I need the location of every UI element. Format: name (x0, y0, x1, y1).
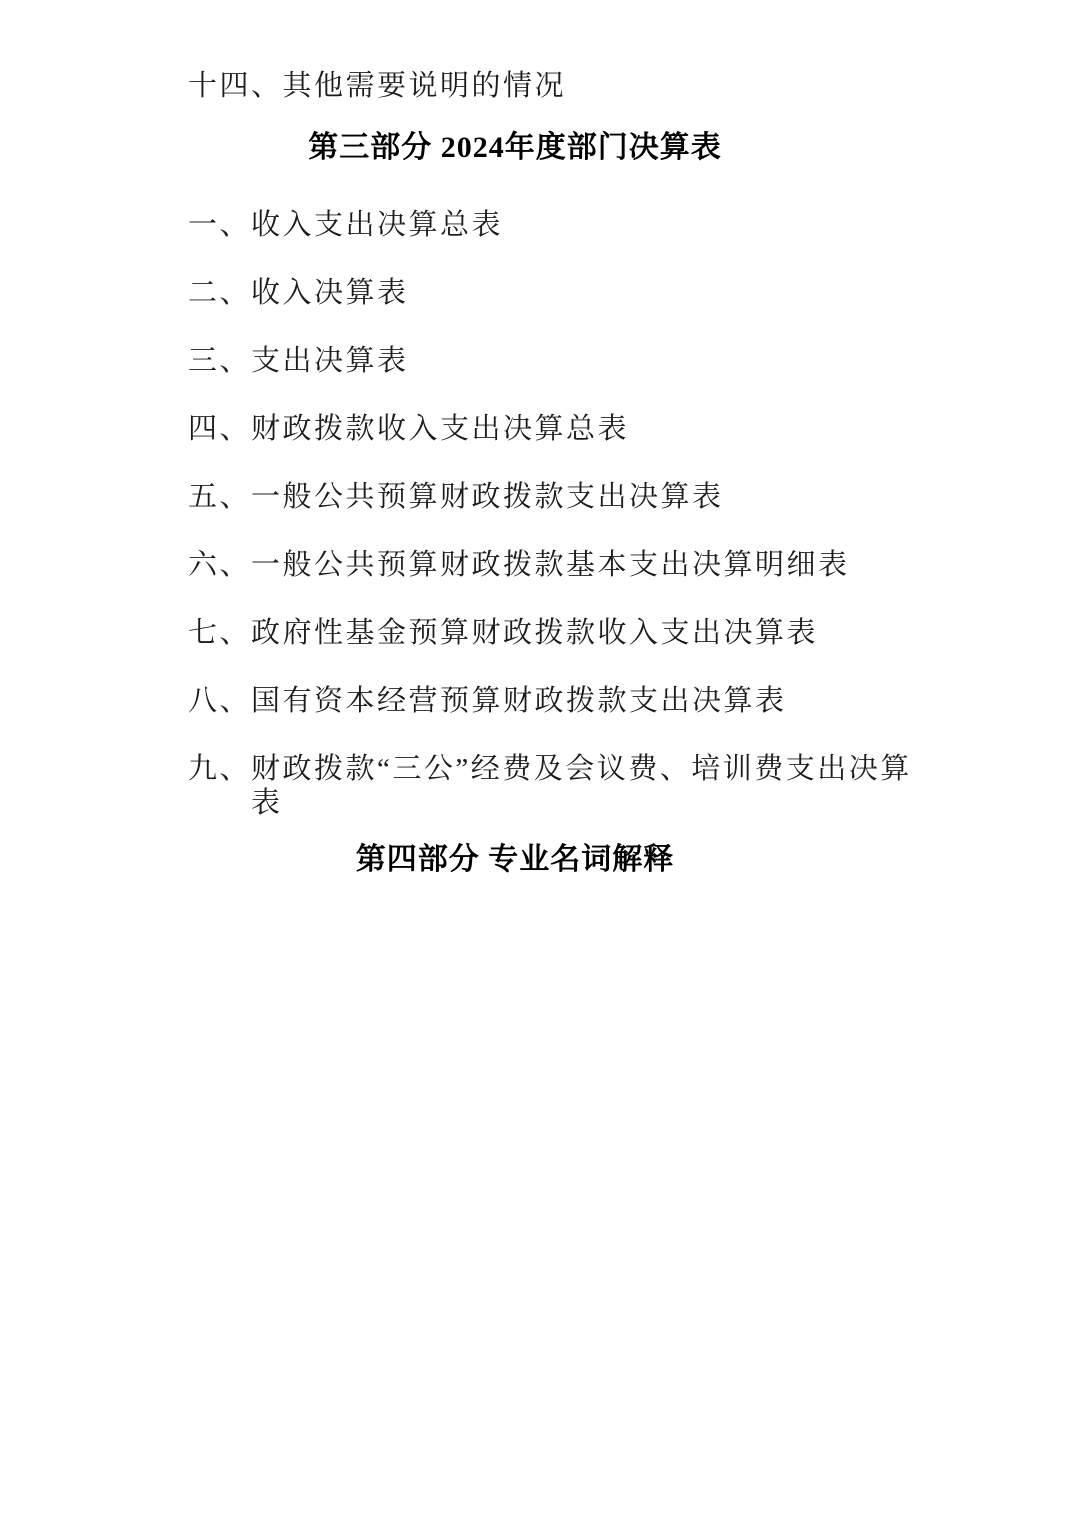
toc-item-1: 一、收入支出决算总表 (188, 208, 918, 242)
toc-item-4: 四、财政拨款收入支出决算总表 (188, 412, 918, 446)
toc-item-number: 四、 (188, 413, 251, 445)
toc-item-7: 七、政府性基金预算财政拨款收入支出决算表 (188, 616, 918, 650)
toc-item-title: 国有资本经营预算财政拨款支出决算表 (251, 685, 787, 717)
closing-item-line: 十四、其他需要说明的情况 (188, 68, 918, 104)
section-four-heading: 第四部分 专业名词解释 (150, 840, 880, 880)
toc-item-number: 三、 (188, 345, 251, 377)
section-three-heading: 第三部分 2024年度部门决算表 (150, 128, 880, 168)
toc-item-title: 收入支出决算总表 (251, 209, 503, 241)
toc-item-title: 财政拨款“三公”经费及会议费、培训费支出决算表 (251, 753, 912, 819)
toc-item-5: 五、一般公共预算财政拨款支出决算表 (188, 480, 918, 514)
toc-item-title: 政府性基金预算财政拨款收入支出决算表 (251, 617, 818, 649)
toc-item-title: 财政拨款收入支出决算总表 (251, 413, 629, 445)
toc-item-title: 支出决算表 (251, 345, 409, 377)
document-page: 十四、其他需要说明的情况 第三部分 2024年度部门决算表 一、收入支出决算总表… (0, 0, 1074, 1520)
text-column: 十四、其他需要说明的情况 第三部分 2024年度部门决算表 一、收入支出决算总表… (188, 68, 918, 880)
toc-item-number: 八、 (188, 685, 251, 717)
toc-item-title: 一般公共预算财政拨款支出决算表 (251, 481, 724, 513)
toc-item-number: 一、 (188, 209, 251, 241)
toc-list: 一、收入支出决算总表 二、收入决算表 三、支出决算表 四、财政拨款收入支出决算总… (188, 208, 918, 820)
toc-item-number: 七、 (188, 617, 251, 649)
toc-item-number: 五、 (188, 481, 251, 513)
toc-item-number: 六、 (188, 549, 251, 581)
toc-item-number: 二、 (188, 277, 251, 309)
toc-item-number: 九、 (188, 753, 251, 785)
toc-item-title: 一般公共预算财政拨款基本支出决算明细表 (251, 549, 850, 581)
toc-item-title: 收入决算表 (251, 277, 409, 309)
toc-item-6: 六、一般公共预算财政拨款基本支出决算明细表 (188, 548, 918, 582)
toc-item-9: 九、财政拨款“三公”经费及会议费、培训费支出决算表 (188, 752, 918, 820)
toc-item-2: 二、收入决算表 (188, 276, 918, 310)
toc-item-3: 三、支出决算表 (188, 344, 918, 378)
toc-item-8: 八、国有资本经营预算财政拨款支出决算表 (188, 684, 918, 718)
